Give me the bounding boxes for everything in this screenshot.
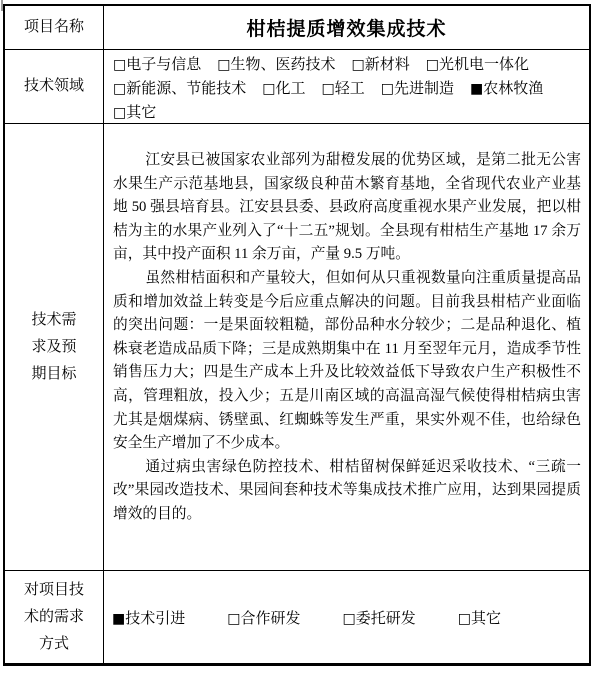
project-name-label: 项目名称 (24, 14, 84, 41)
project-title: 柑桔提质增效集成技术 (246, 14, 446, 41)
checkbox-unchecked-icon: □ (322, 81, 335, 97)
checkbox-option-label: 新材料 (365, 57, 410, 73)
checkbox-unchecked-icon: □ (217, 57, 230, 73)
checkbox-option[interactable]: □委托研发 (343, 607, 416, 628)
checkbox-option[interactable]: □其它 (458, 607, 501, 628)
checkbox-option[interactable]: ■技术引进 (112, 607, 185, 628)
demand-mode-label: 对项目技术的需求方式 (23, 577, 86, 658)
tech-field-label-cell: 技术领域 (5, 50, 104, 123)
tech-demand-label-cell: 技术需求及预期目标 (5, 124, 104, 570)
checkbox-option[interactable]: □化工 (262, 77, 305, 101)
checkbox-option-label: 其它 (126, 105, 156, 121)
checkbox-option[interactable]: □合作研发 (227, 607, 300, 628)
project-form-table: 项目名称 柑桔提质增效集成技术 技术领域 □电子与信息□生物、医药技术□新材料□… (3, 4, 591, 666)
checkbox-unchecked-icon: □ (113, 105, 126, 121)
checkbox-unchecked-icon: □ (262, 81, 275, 97)
checkbox-option-label: 先进制造 (394, 81, 454, 97)
project-name-label-cell: 项目名称 (5, 6, 104, 49)
demand-mode-options: ■技术引进□合作研发□委托研发□其它 (104, 571, 589, 663)
row-tech-field: 技术领域 □电子与信息□生物、医药技术□新材料□光机电一体化□新能源、节能技术□… (5, 49, 589, 123)
checkbox-option[interactable]: □轻工 (322, 77, 365, 101)
checkbox-option-label: 委托研发 (356, 611, 416, 627)
checkbox-option-label: 生物、医药技术 (230, 57, 335, 73)
tech-demand-label: 技术需求及预期目标 (31, 307, 78, 388)
checkbox-option-label: 合作研发 (240, 611, 300, 627)
checkbox-checked-icon: ■ (112, 611, 125, 627)
row-demand-mode: 对项目技术的需求方式 ■技术引进□合作研发□委托研发□其它 (5, 570, 589, 663)
body-paragraph: 通过病虫害绿色防控技术、柑桔留树保鲜延迟采收技术、“三疏一改”果园改造技术、果园… (113, 456, 581, 527)
checkbox-option-label: 新能源、节能技术 (126, 81, 246, 97)
checkbox-unchecked-icon: □ (352, 57, 365, 73)
checkbox-option-label: 光机电一体化 (439, 57, 529, 73)
checkbox-option-label: 其它 (471, 611, 501, 627)
checkbox-unchecked-icon: □ (113, 57, 126, 73)
checkbox-unchecked-icon: □ (113, 81, 126, 97)
body-paragraph: 虽然柑桔面积和产量较大，但如何从只重视数量向注重质量提高品质和增加效益上转变是今… (113, 267, 581, 456)
checkbox-option-label: 技术引进 (125, 611, 185, 627)
checkbox-unchecked-icon: □ (458, 611, 471, 627)
tech-demand-text: 江安县已被国家农业部列为甜橙发展的优势区域，是第二批无公害水果生产示范基地县，国… (104, 124, 589, 570)
checkbox-option[interactable]: □新材料 (352, 53, 410, 77)
checkbox-option[interactable]: □光机电一体化 (426, 53, 529, 77)
checkbox-unchecked-icon: □ (426, 57, 439, 73)
checkbox-unchecked-icon: □ (381, 81, 394, 97)
checkbox-option[interactable]: □电子与信息 (113, 53, 201, 77)
checkbox-option-label: 化工 (275, 81, 305, 97)
checkbox-option[interactable]: □其它 (113, 101, 156, 123)
checkbox-checked-icon: ■ (470, 81, 483, 97)
body-paragraph: 江安县已被国家农业部列为甜橙发展的优势区域，是第二批无公害水果生产示范基地县，国… (113, 149, 581, 267)
row-tech-demand: 技术需求及预期目标 江安县已被国家农业部列为甜橙发展的优势区域，是第二批无公害水… (5, 123, 589, 570)
checkbox-unchecked-icon: □ (227, 611, 240, 627)
tech-field-label: 技术领域 (24, 73, 84, 100)
checkbox-option[interactable]: ■农林牧渔 (470, 77, 543, 101)
checkbox-option[interactable]: □生物、医药技术 (217, 53, 335, 77)
checkbox-option[interactable]: □新能源、节能技术 (113, 77, 246, 101)
checkbox-option-label: 电子与信息 (126, 57, 201, 73)
checkbox-option[interactable]: □先进制造 (381, 77, 454, 101)
demand-mode-label-cell: 对项目技术的需求方式 (5, 571, 104, 663)
checkbox-option-label: 轻工 (335, 81, 365, 97)
checkbox-option-label: 农林牧渔 (483, 81, 543, 97)
checkbox-unchecked-icon: □ (343, 611, 356, 627)
tech-field-options: □电子与信息□生物、医药技术□新材料□光机电一体化□新能源、节能技术□化工□轻工… (104, 50, 589, 123)
project-name-value-cell: 柑桔提质增效集成技术 (104, 6, 589, 49)
row-project-name: 项目名称 柑桔提质增效集成技术 (5, 6, 589, 49)
